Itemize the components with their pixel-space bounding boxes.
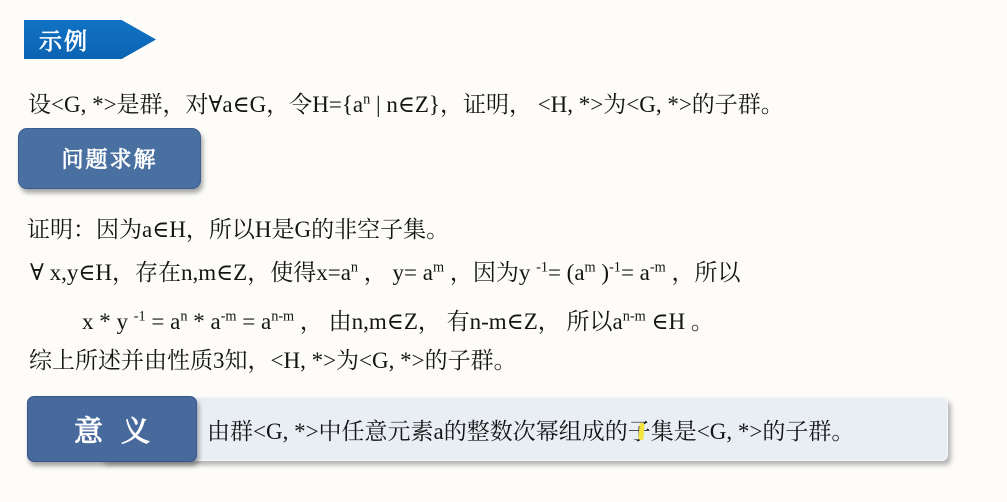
- slide-background: 示例 设<G, *>是群，对∀a∈G，令H={an | n∈Z}，证明， <H,…: [0, 0, 1007, 502]
- proof-line-4: 综上所述并由性质3知，<H, *>为<G, *>的子群。: [29, 342, 517, 375]
- proof-line-1: 证明：因为a∈H，所以H是G的非空子集。: [27, 211, 449, 244]
- example-arrow-banner: 示例: [24, 20, 156, 59]
- meaning-label: 意义: [56, 409, 168, 450]
- meaning-text: 由群<G, *>中任意元素a的整数次幂组成的子集是<G, *>的子群。: [207, 413, 854, 446]
- problem-statement: 设<G, *>是群，对∀a∈G，令H={an | n∈Z}，证明， <H, *>…: [28, 86, 784, 119]
- proof-line-2: ∀ x,y∈H，存在n,m∈Z，使得x=an ， y= am ，因为y -1= …: [30, 254, 740, 287]
- problem-solving-label: 问题求解: [61, 143, 157, 174]
- example-banner-label: 示例: [39, 23, 89, 56]
- proof-line-3: x * y -1 = an * a-m = an-m ， 由n,m∈Z， 有n-…: [82, 303, 714, 336]
- meaning-box: 意义: [27, 396, 197, 462]
- problem-solving-box: 问题求解: [18, 128, 201, 189]
- meaning-strip: 由群<G, *>中任意元素a的整数次幂组成的子集是<G, *>的子群。: [100, 397, 948, 461]
